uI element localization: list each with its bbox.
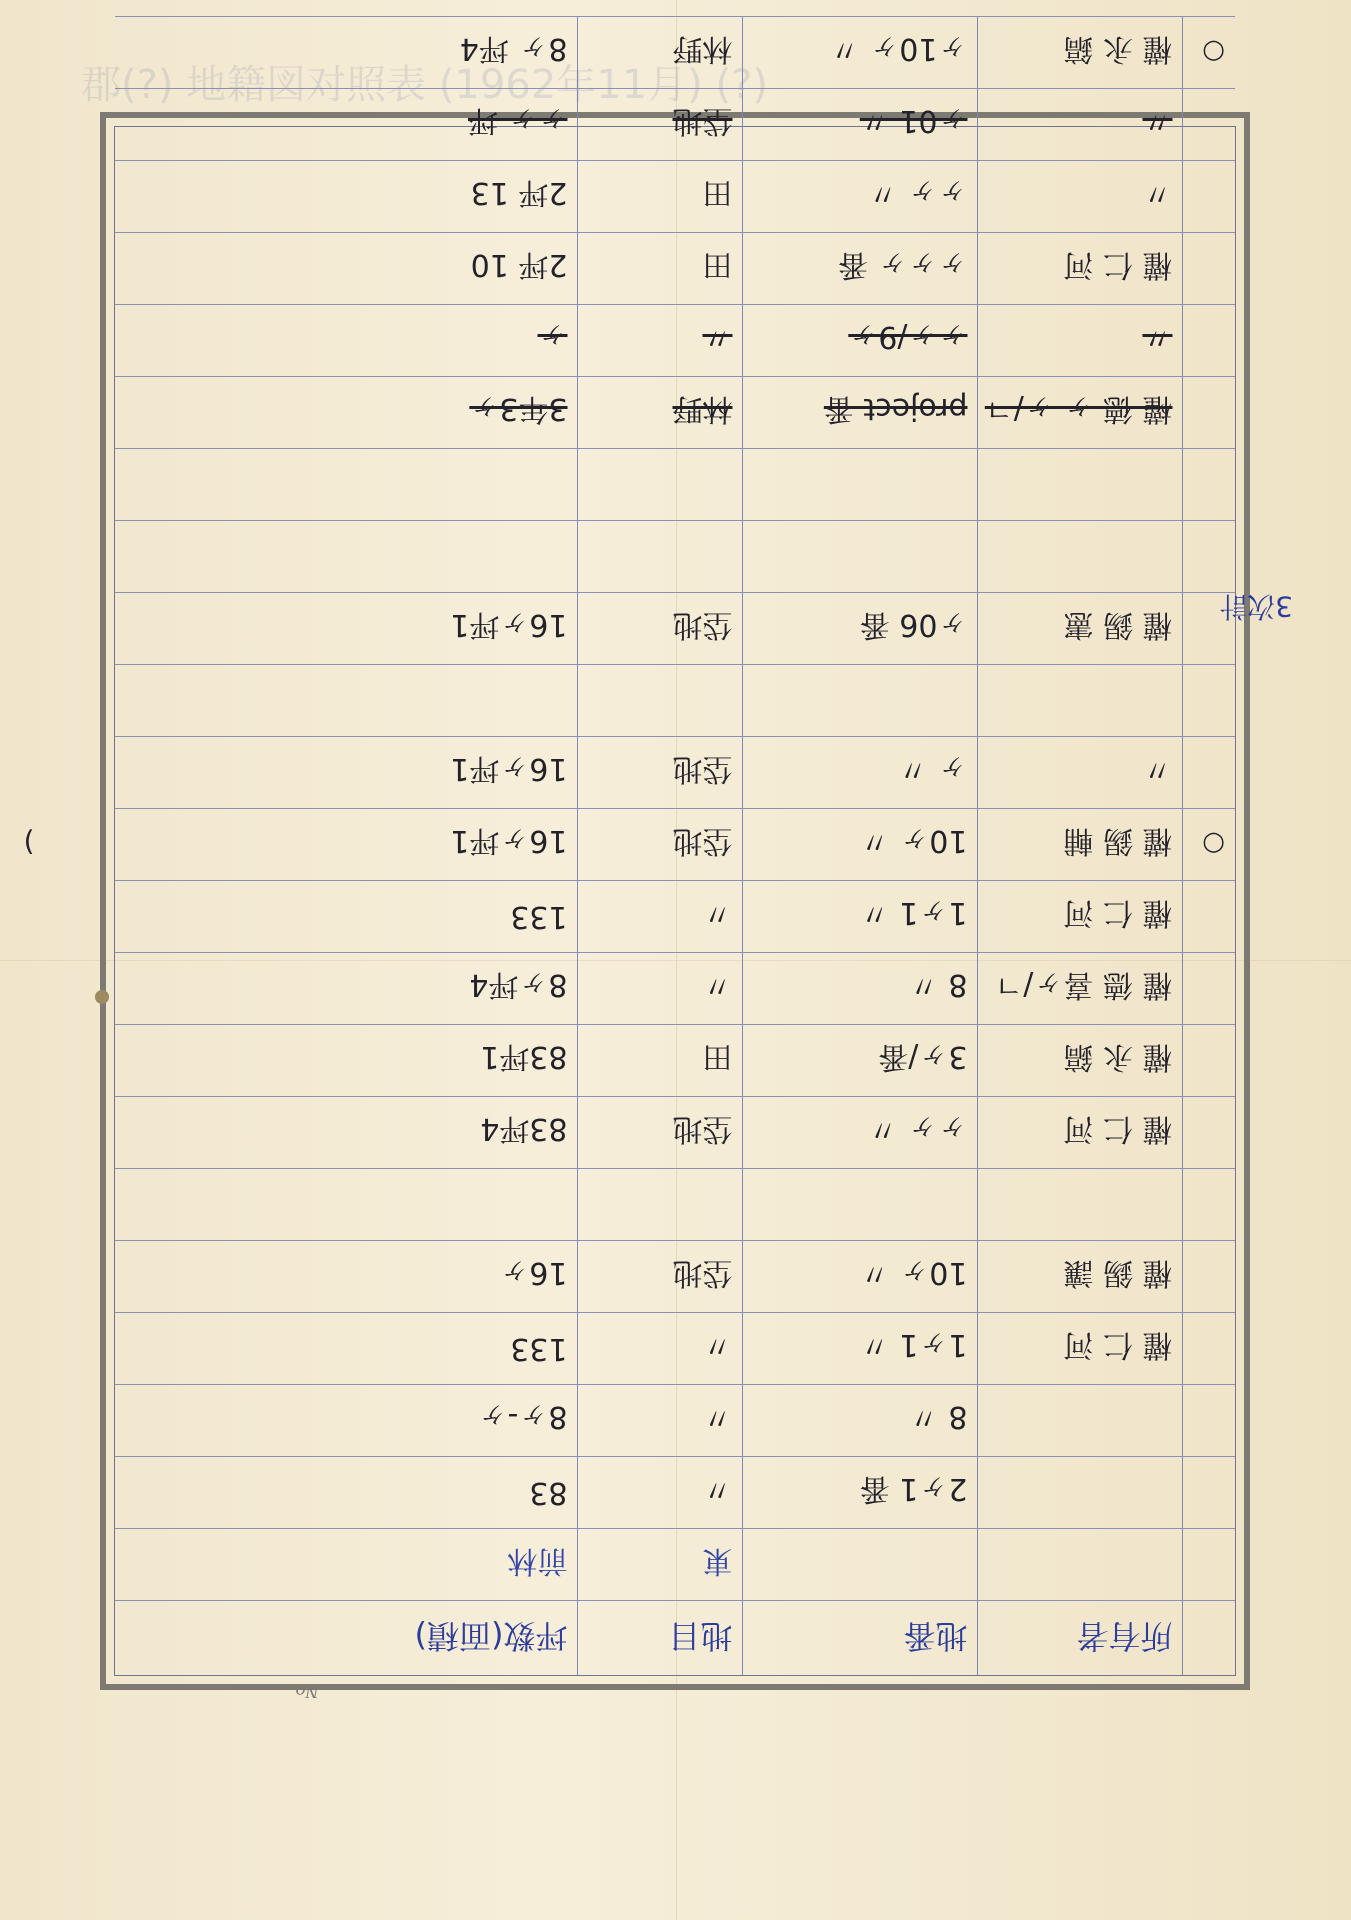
cell-address: ヶ01 〃 bbox=[743, 89, 978, 161]
cell-area: 83坪1 bbox=[115, 1025, 578, 1097]
header-row: 所有者 地番 地目 坪数(面積) bbox=[115, 1601, 1235, 1676]
cell-area: 2坪 10 bbox=[115, 233, 578, 305]
table-row: 東前林 bbox=[115, 1529, 1235, 1601]
cell-owner: 權 永 鎬 bbox=[978, 1025, 1183, 1097]
cell-address: ヶ10ヶ 〃 bbox=[743, 17, 978, 89]
cell-area: 3年3ヶ bbox=[115, 377, 578, 449]
cell-mark bbox=[1183, 161, 1235, 233]
cell-address: 3ヶ/番 bbox=[743, 1025, 978, 1097]
cell-category: 〃 bbox=[578, 1457, 743, 1529]
cell-mark bbox=[1183, 1097, 1235, 1169]
cell-owner bbox=[978, 1457, 1183, 1529]
cell-address bbox=[743, 449, 978, 521]
cell-area: 133 bbox=[115, 881, 578, 953]
table-row: 權 仁 河ヶヶヶ 番田2坪 10 bbox=[115, 233, 1235, 305]
cell-mark bbox=[1183, 1529, 1235, 1601]
cell-mark bbox=[1183, 1313, 1235, 1385]
cell-owner: 權 仁 河 bbox=[978, 881, 1183, 953]
header-area: 坪数(面積) bbox=[115, 1601, 578, 1676]
cell-mark bbox=[1183, 449, 1235, 521]
cell-category: 東 bbox=[578, 1529, 743, 1601]
table-row: 〃ヶ 〃垈地16ヶ坪1 bbox=[115, 737, 1235, 809]
cell-address: 10ヶ 〃 bbox=[743, 1241, 978, 1313]
cell-address bbox=[743, 521, 978, 593]
cell-address: ヶ06 番 bbox=[743, 593, 978, 665]
cell-owner: 權 錫 憲 bbox=[978, 593, 1183, 665]
table-row: ○權 永 鎬ヶ10ヶ 〃林野8ヶ 坪4 bbox=[115, 17, 1235, 89]
cell-owner: 〃 bbox=[978, 305, 1183, 377]
cell-category: 林野 bbox=[578, 17, 743, 89]
cell-category: 田 bbox=[578, 161, 743, 233]
cell-category bbox=[578, 665, 743, 737]
cell-owner bbox=[978, 1529, 1183, 1601]
cell-address: 8 〃 bbox=[743, 953, 978, 1025]
table-row bbox=[115, 521, 1235, 593]
cell-category: 垈地 bbox=[578, 737, 743, 809]
cell-address: ヶヶ/9ヶ bbox=[743, 305, 978, 377]
cell-owner: 〃 bbox=[978, 737, 1183, 809]
cell-mark bbox=[1183, 305, 1235, 377]
cell-mark bbox=[1183, 1241, 1235, 1313]
cell-category: 垈地 bbox=[578, 1241, 743, 1313]
table-row: 〃ヶヶ 〃田2坪 13 bbox=[115, 161, 1235, 233]
table-row bbox=[115, 449, 1235, 521]
cell-category: 〃 bbox=[578, 1313, 743, 1385]
cell-mark bbox=[1183, 1169, 1235, 1241]
cell-category: 〃 bbox=[578, 1385, 743, 1457]
header-category: 地目 bbox=[578, 1601, 743, 1676]
cell-area: 16ヶ bbox=[115, 1241, 578, 1313]
table-row: 權 仁 河1ヶ1 〃〃133 bbox=[115, 1313, 1235, 1385]
cell-area bbox=[115, 665, 578, 737]
cell-address: 8 〃 bbox=[743, 1385, 978, 1457]
cell-owner: 〃 bbox=[978, 161, 1183, 233]
cell-mark bbox=[1183, 377, 1235, 449]
cell-area: 2坪 13 bbox=[115, 161, 578, 233]
cell-area: 16ヶ坪1 bbox=[115, 809, 578, 881]
table-row: 8 〃〃8ヶ-ヶ bbox=[115, 1385, 1235, 1457]
cell-owner: 權 仁 河 bbox=[978, 1097, 1183, 1169]
table-row: 權 永 鎬3ヶ/番田83坪1 bbox=[115, 1025, 1235, 1097]
cell-address: project 番 bbox=[743, 377, 978, 449]
cell-area bbox=[115, 449, 578, 521]
cell-category bbox=[578, 1169, 743, 1241]
cell-mark bbox=[1183, 881, 1235, 953]
cell-owner bbox=[978, 665, 1183, 737]
cell-owner bbox=[978, 521, 1183, 593]
cell-mark bbox=[1183, 1385, 1235, 1457]
cell-area: 83坪4 bbox=[115, 1097, 578, 1169]
table-row: 2ヶ1 番〃83 bbox=[115, 1457, 1235, 1529]
cell-area: 83 bbox=[115, 1457, 578, 1529]
cell-mark bbox=[1183, 89, 1235, 161]
cell-address: 2ヶ1 番 bbox=[743, 1457, 978, 1529]
cell-area: ヶ bbox=[115, 305, 578, 377]
table-row: 〃ヶヶ/9ヶ〃ヶ bbox=[115, 305, 1235, 377]
cell-owner: 權 永 鎬 bbox=[978, 17, 1183, 89]
cell-owner bbox=[978, 449, 1183, 521]
cell-owner: 〃 bbox=[978, 89, 1183, 161]
ledger-frame: 所有者 地番 地目 坪数(面積) 東前林2ヶ1 番〃838 〃〃8ヶ-ヶ權 仁 … bbox=[100, 112, 1250, 1690]
cell-category: 垈地 bbox=[578, 89, 743, 161]
cell-mark bbox=[1183, 521, 1235, 593]
cell-address: 10ヶ 〃 bbox=[743, 809, 978, 881]
header-address: 地番 bbox=[743, 1601, 978, 1676]
margin-bracket: ) bbox=[24, 827, 35, 860]
cell-category: 田 bbox=[578, 1025, 743, 1097]
cell-owner bbox=[978, 1385, 1183, 1457]
ledger-table: 所有者 地番 地目 坪数(面積) 東前林2ヶ1 番〃838 〃〃8ヶ-ヶ權 仁 … bbox=[115, 16, 1235, 1675]
cell-area: 8ヶ 坪4 bbox=[115, 17, 578, 89]
header-mark bbox=[1183, 1601, 1235, 1676]
table-row: 權 德 ヶ ヶ/ㄱproject 番林野3年3ヶ bbox=[115, 377, 1235, 449]
ledger-inner-border: 所有者 地番 地目 坪数(面積) 東前林2ヶ1 番〃838 〃〃8ヶ-ヶ權 仁 … bbox=[114, 126, 1236, 1676]
cell-owner: 權 德 ヶ ヶ/ㄱ bbox=[978, 377, 1183, 449]
cell-area: 8ヶ-ヶ bbox=[115, 1385, 578, 1457]
cell-address: ヶヶ 〃 bbox=[743, 161, 978, 233]
cell-category: 〃 bbox=[578, 953, 743, 1025]
cell-address: 1ヶ1 〃 bbox=[743, 1313, 978, 1385]
cell-mark bbox=[1183, 1457, 1235, 1529]
cell-address bbox=[743, 1529, 978, 1601]
cell-area: 16ヶ坪1 bbox=[115, 737, 578, 809]
cell-owner bbox=[978, 1169, 1183, 1241]
cell-address: ヶ 〃 bbox=[743, 737, 978, 809]
table-row: 權 錫 讓10ヶ 〃垈地16ヶ bbox=[115, 1241, 1235, 1313]
cell-owner: 權 錫 輔 bbox=[978, 809, 1183, 881]
cell-address bbox=[743, 1169, 978, 1241]
table-row bbox=[115, 665, 1235, 737]
cell-area: 133 bbox=[115, 1313, 578, 1385]
cell-category bbox=[578, 449, 743, 521]
table-row: ○)權 錫 輔10ヶ 〃垈地16ヶ坪1 bbox=[115, 809, 1235, 881]
cell-category: 〃 bbox=[578, 305, 743, 377]
cell-category: 垈地 bbox=[578, 1097, 743, 1169]
cell-owner: 權 錫 讓 bbox=[978, 1241, 1183, 1313]
cell-category: 林野 bbox=[578, 377, 743, 449]
cell-category: 〃 bbox=[578, 881, 743, 953]
cell-address: ヶヶ 〃 bbox=[743, 1097, 978, 1169]
cell-mark: 3次計 bbox=[1183, 593, 1235, 665]
cell-address: ヶヶヶ 番 bbox=[743, 233, 978, 305]
cell-owner: 權 仁 河 bbox=[978, 233, 1183, 305]
cell-category: 垈地 bbox=[578, 809, 743, 881]
cell-mark: ○) bbox=[1183, 809, 1235, 881]
table-row: 權 德 喜ヶ/ㄱ8 〃〃8ヶ坪4 bbox=[115, 953, 1235, 1025]
cell-area: 16ヶ坪1 bbox=[115, 593, 578, 665]
cell-category: 垈地 bbox=[578, 593, 743, 665]
cell-area bbox=[115, 521, 578, 593]
cell-address bbox=[743, 665, 978, 737]
cell-address: 1ヶ1 〃 bbox=[743, 881, 978, 953]
cell-category: 田 bbox=[578, 233, 743, 305]
header-owner: 所有者 bbox=[978, 1601, 1183, 1676]
table-row bbox=[115, 1169, 1235, 1241]
cell-area: 前林 bbox=[115, 1529, 578, 1601]
cell-area: ヶヶ 坪 bbox=[115, 89, 578, 161]
cell-mark bbox=[1183, 1025, 1235, 1097]
cell-mark bbox=[1183, 233, 1235, 305]
cell-mark: ○ bbox=[1183, 17, 1235, 89]
cell-mark bbox=[1183, 737, 1235, 809]
table-row: 權 仁 河1ヶ1 〃〃133 bbox=[115, 881, 1235, 953]
table-row: 權 仁 河ヶヶ 〃垈地83坪4 bbox=[115, 1097, 1235, 1169]
cell-mark bbox=[1183, 953, 1235, 1025]
cell-mark bbox=[1183, 665, 1235, 737]
cell-area bbox=[115, 1169, 578, 1241]
table-row: 3次計權 錫 憲ヶ06 番垈地16ヶ坪1 bbox=[115, 593, 1235, 665]
table-row: 〃ヶ01 〃垈地ヶヶ 坪 bbox=[115, 89, 1235, 161]
cell-area: 8ヶ坪4 bbox=[115, 953, 578, 1025]
margin-note: 3次計 bbox=[1219, 589, 1293, 629]
ledger-sheet: 郡(?) 地籍図对照表 (1962年11月) (?) No. 所有者 地番 地目… bbox=[0, 0, 1351, 1920]
cell-owner: 權 德 喜ヶ/ㄱ bbox=[978, 953, 1183, 1025]
cell-category bbox=[578, 521, 743, 593]
cell-owner: 權 仁 河 bbox=[978, 1313, 1183, 1385]
ink-spot bbox=[95, 990, 109, 1004]
